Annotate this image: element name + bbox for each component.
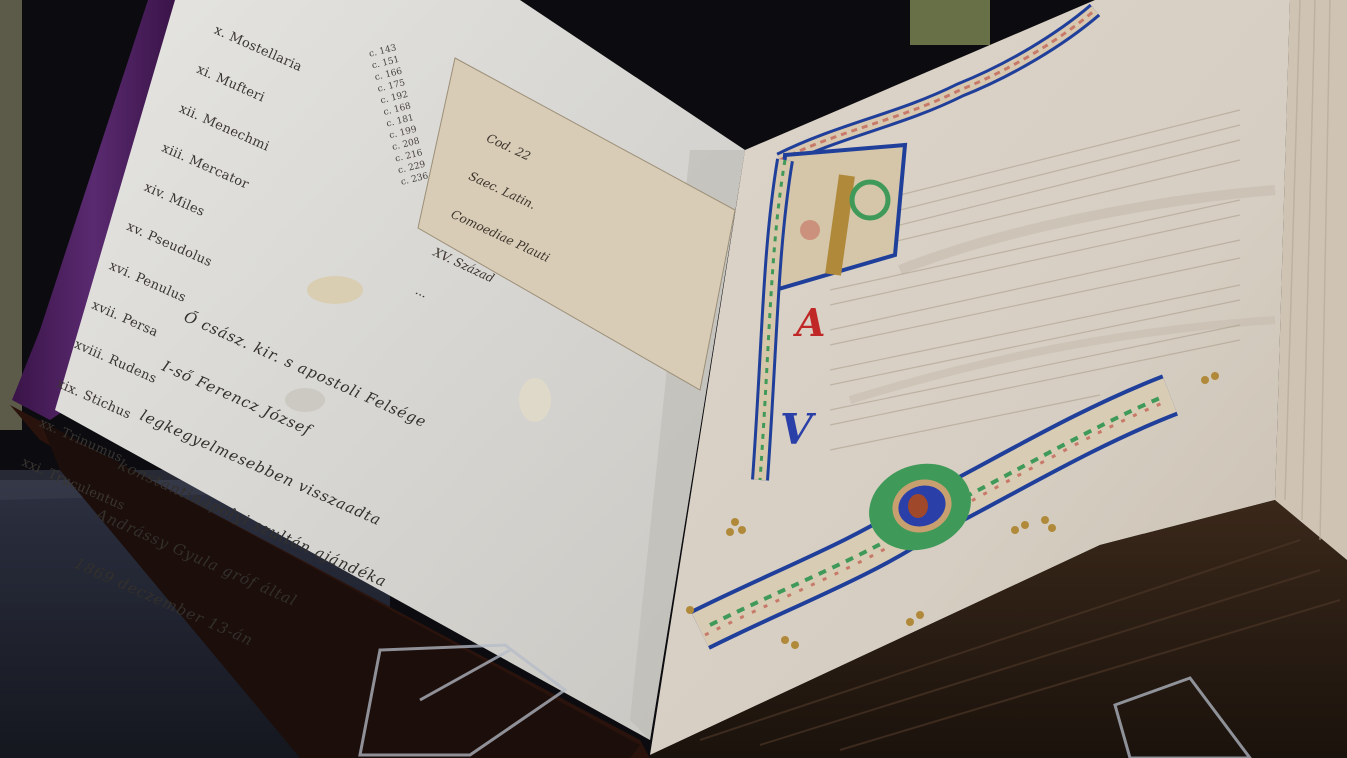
rubric-letter-v: V [780, 405, 813, 454]
left-wall [0, 0, 22, 430]
top-right-wall [910, 0, 990, 45]
museum-display-scene: x. Mostellaria xi. Mufteri xii. Menechmi… [0, 0, 1347, 758]
rubric-letter-a: A [796, 300, 825, 345]
